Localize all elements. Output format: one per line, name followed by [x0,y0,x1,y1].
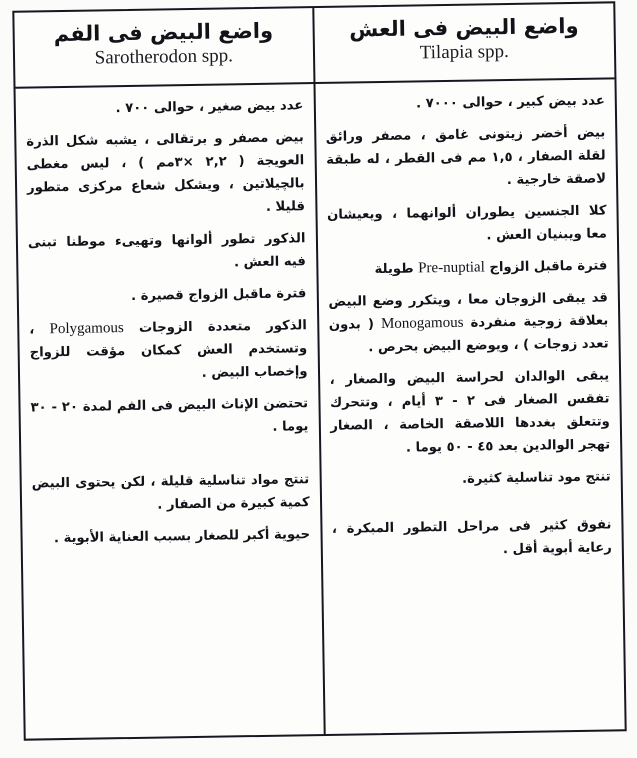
header-nest-spawner-arabic: واضع البيض فى العش [314,11,614,44]
mouth-egg-count: عدد بيض صغير ، حوالى ٧٠٠ . [26,94,304,121]
mouth-male-behavior: الذكور تطور ألوانها وتهيىء موطنا تبنى في… [28,227,306,277]
nest-prenuptial-text-after: طويلة [374,261,418,277]
nest-egg-description: بيض أخضر زيتونى غامق ، مصفر ورائق لقلة ا… [326,121,607,194]
nest-prenuptial-latin: Pre-nuptial [418,259,485,276]
nest-mating-latin: Monogamous [381,315,464,332]
mouth-mating-latin: Polygamous [49,320,123,337]
comparison-table: واضع البيض فى الفم Sarotherodon spp. واض… [12,1,626,740]
nest-prenuptial-text-before: فترة ماقبل الزواج [485,258,608,275]
mouth-egg-description: بيض مصفر و برتقالى ، يشبه شكل الذرة العو… [26,126,305,222]
nest-prenuptial: فترة ماقبل الزواج Pre-nuptial طويلة [328,254,608,281]
nest-pair-behavior: كلا الجنسين يطوران ألوانهما ، ويعيشان مع… [327,199,607,249]
header-mouth-brooder-arabic: واضع البيض فى الفم [14,16,312,49]
nest-reproductive-output: تنتج مود تناسلية كثيرة. [331,465,611,492]
header-mouth-brooder: واضع البيض فى الفم Sarotherodon spp. [14,8,315,89]
mouth-mating-text-before: الذكور متعددة الزوجات [124,318,307,336]
nest-survival: نفوق كثير فى مراحل التطور المبكرة ، رعاي… [332,513,612,563]
nest-mating-system: قد يبقى الزوجان معا ، ويتكرر وضع البيض ب… [328,286,609,359]
mouth-incubation: تحتضن الإناث البيض فى الفم لمدة ٢٠ - ٣٠ … [30,392,308,442]
mouth-brooder-column: عدد بيض صغير ، حوالى ٧٠٠ . بيض مصفر و بر… [16,84,326,739]
nest-spawner-column: عدد بيض كبير ، حوالى ٧٠٠٠ . بيض أخضر زيت… [315,79,625,734]
mouth-mating-system: الذكور متعددة الزوجات Polygamous ، وتستخ… [29,314,308,387]
mouth-reproductive-output: تنتج مواد تناسلية قليلة ، لكن يحتوى البي… [32,468,310,518]
mouth-survival: حيوية أكبر للصغار بسبب العناية الأبوية . [32,523,310,550]
header-nest-spawner: واضع البيض فى العش Tilapia spp. [314,3,615,84]
nest-parental-care: يبقى الوالدان لحراسة البيض والصغار ، تفق… [329,364,610,460]
header-mouth-brooder-latin: Sarotherodon spp. [15,44,313,71]
nest-egg-count: عدد بيض كبير ، حوالى ٧٠٠٠ . [325,89,605,116]
mouth-prenuptial: فترة ماقبل الزواج قصيرة . [29,282,307,309]
